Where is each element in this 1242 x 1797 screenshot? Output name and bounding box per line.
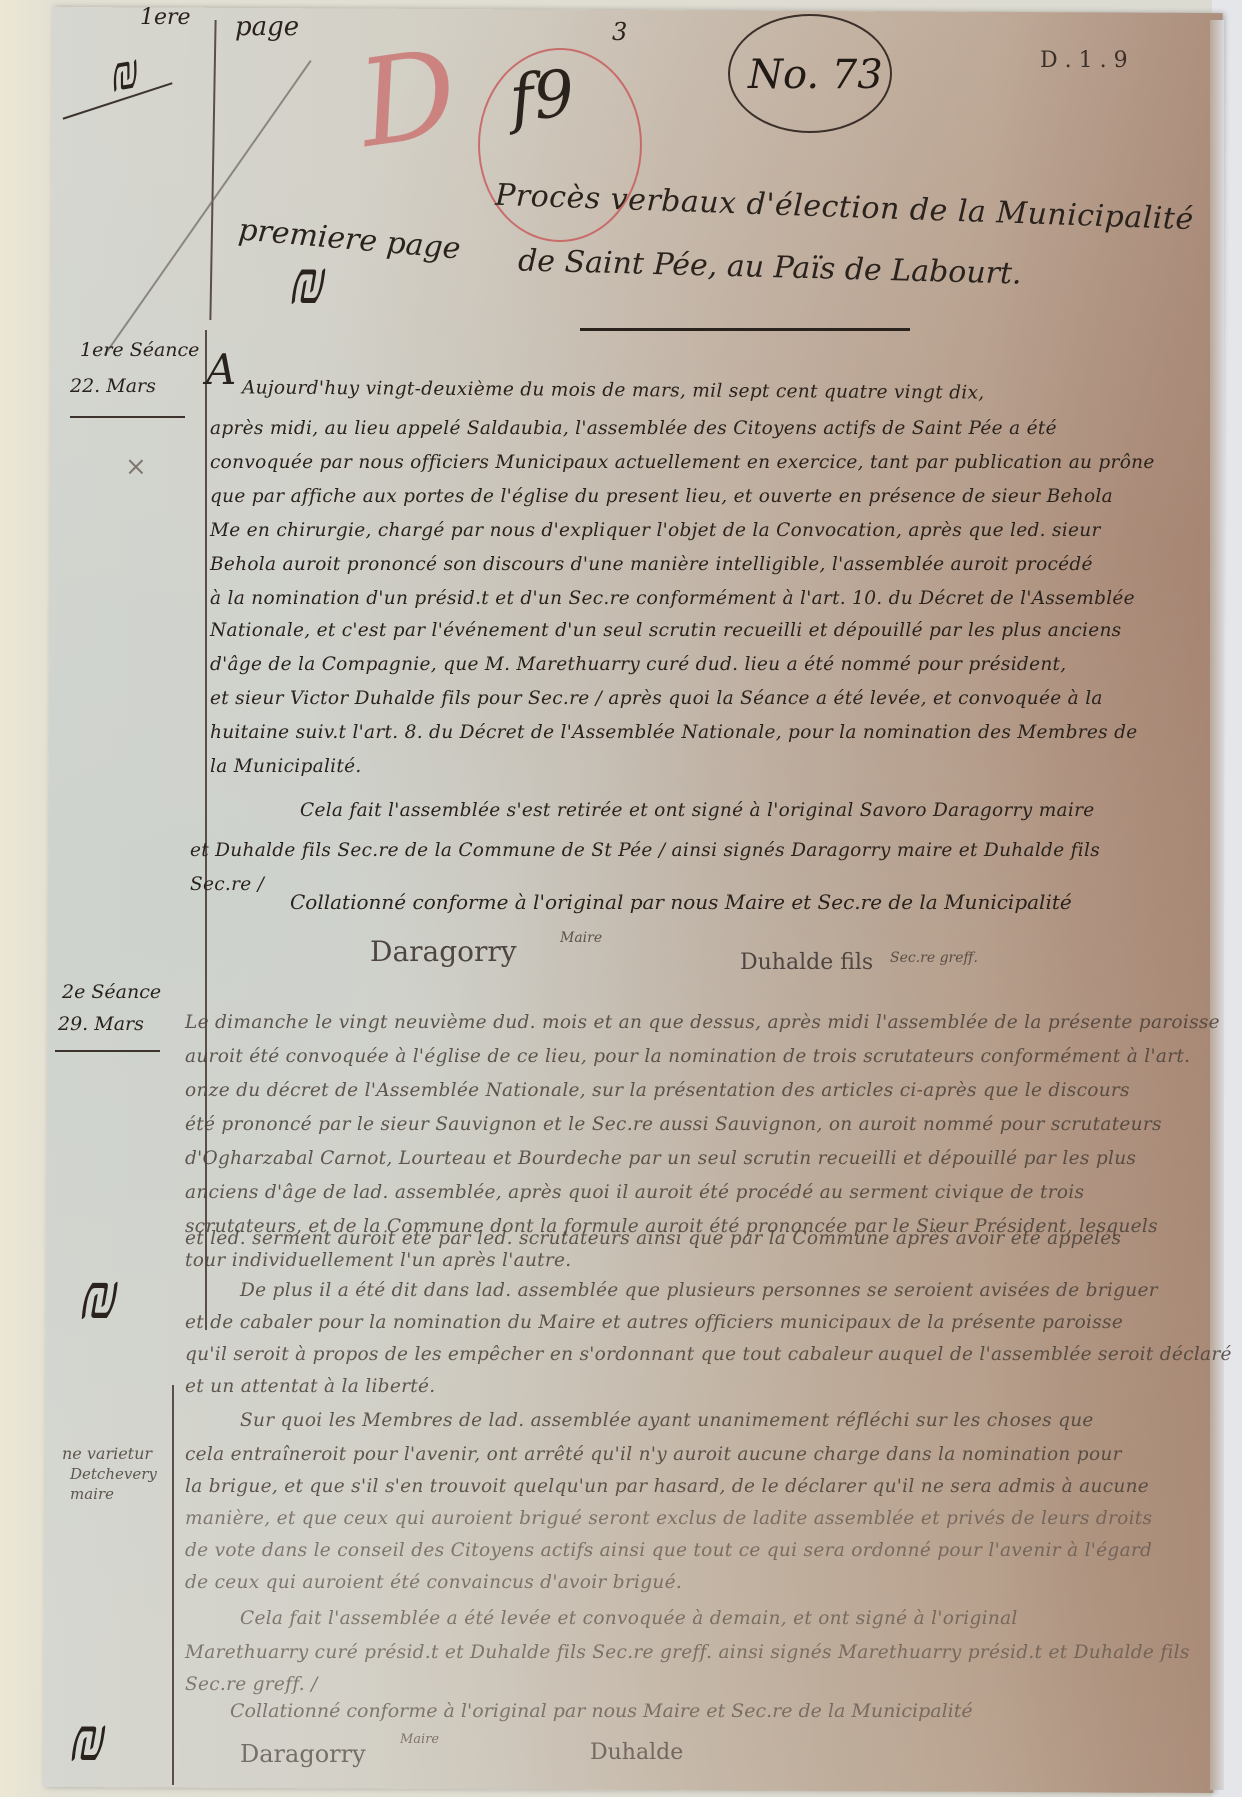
seance-2-line: anciens d'âge de lad. assemblée, après q… — [185, 1182, 1084, 1203]
seance-2-paragraph-3: la brigue, et que s'il s'en trouvoit que… — [185, 1476, 1149, 1497]
signature-secretaire-2: Duhalde — [590, 1740, 683, 1765]
seance-1-closing: et Duhalde fils Sec.re de la Commune de … — [190, 840, 1100, 861]
signature-secretaire-title-1: Sec.re greff. — [890, 950, 978, 966]
seance-2-paragraph-3: Sur quoi les Membres de lad. assemblée a… — [240, 1410, 1094, 1431]
seance-2-paragraph-3: de ceux qui auroient été convaincus d'av… — [185, 1572, 682, 1593]
seance-2-line: tour individuellement l'un après l'autre… — [185, 1250, 571, 1271]
seance-2-line: d'Ogharzabal Carnot, Lourteau et Bourdec… — [185, 1148, 1136, 1169]
seance-1-line: Me en chirurgie, chargé par nous d'expli… — [210, 520, 1101, 541]
seance-1-closing: Cela fait l'assemblée s'est retirée et o… — [300, 800, 1095, 821]
margin-note-ne-varietur-signature: Detchevery maire — [70, 1464, 170, 1504]
title-underline — [580, 328, 910, 331]
seance-2-closing: Cela fait l'assemblée a été levée et con… — [240, 1608, 1018, 1629]
signature-maire-2: Daragorry — [240, 1740, 366, 1768]
margin-note-date-2: 29. Mars — [58, 1010, 144, 1038]
red-mark: D — [351, 24, 466, 175]
circled-number: No. 73 — [748, 52, 883, 98]
seance-2-paragraph-3: cela entraîneroit pour l'avenir, ont arr… — [185, 1444, 1122, 1465]
seance-2-line: onze du décret de l'Assemblée Nationale,… — [185, 1080, 1130, 1101]
margin-note-date-1: 22. Mars — [70, 372, 156, 400]
margin-note-seance-1: 1ere Séance — [80, 336, 199, 364]
seance-2-line: Le dimanche le vingt neuvième dud. mois … — [185, 1012, 1220, 1033]
seance-1-line: après midi, au lieu appelé Saldaubia, l'… — [210, 418, 1057, 439]
seance-2-line: été prononcé par le sieur Sauvignon et l… — [185, 1114, 1162, 1135]
paraph-mark-bottom: ₪ — [70, 1705, 106, 1775]
seance-2-closing: Sec.re greff. / — [185, 1674, 318, 1695]
seance-1-line: Nationale, et c'est par l'événement d'un… — [210, 620, 1121, 641]
signature-maire-title-1: Maire — [560, 930, 602, 946]
seance-1-collation: Collationné conforme à l'original par no… — [290, 890, 1072, 914]
seance-1-line: et sieur Victor Duhalde fils pour Sec.re… — [210, 688, 1103, 709]
seance-2-paragraph-3: manière, et que ceux qui auroient brigué… — [185, 1508, 1152, 1529]
seance-2-paragraph-2: et de cabaler pour la nomination du Mair… — [185, 1312, 1123, 1333]
signature-maire-1: Daragorry — [370, 935, 517, 968]
seance-1-line: huitaine suiv.t l'art. 8. du Décret de l… — [210, 722, 1138, 743]
seance-1-line: Behola auroit prononcé son discours d'un… — [210, 554, 1093, 575]
seance-2-paragraph-2: qu'il seroit à propos de les empêcher en… — [185, 1344, 1232, 1365]
paraph-mark-title: ₪ — [290, 248, 326, 318]
pencil-x-mark: × — [125, 452, 147, 482]
top-right-ref: D . 1 . 9 — [1040, 48, 1128, 73]
top-left-label: page — [235, 12, 299, 42]
margin-note-seance-2: 2e Séance — [62, 978, 161, 1006]
seance-1-closing: Sec.re / — [190, 874, 264, 895]
folio-number-top: 3 — [612, 18, 627, 46]
sheet-edge — [1210, 20, 1224, 1790]
signature-maire-title-2: Maire — [400, 1732, 439, 1747]
seance-1-line: à la nomination d'un présid.t et d'un Se… — [210, 588, 1135, 609]
margin-rule-main — [205, 330, 207, 1330]
folio-cipher: f9 — [506, 57, 578, 137]
seance-1-line: d'âge de la Compagnie, que M. Marethuarr… — [210, 654, 1066, 675]
margin-note-underline-2 — [55, 1050, 160, 1052]
seance-2-closing: Marethuarry curé présid.t et Duhalde fil… — [185, 1642, 1190, 1663]
drop-cap: A — [206, 345, 236, 394]
seance-2-collation: Collationné conforme à l'original par no… — [230, 1700, 973, 1722]
seance-2-paragraph-3: de vote dans le conseil des Citoyens act… — [185, 1540, 1152, 1561]
seance-2-line: et led. serment auroit été par led. scru… — [185, 1228, 1121, 1249]
paraph-mark-middle: ₪ — [80, 1260, 119, 1334]
seance-1-line: que par affiche aux portes de l'église d… — [210, 486, 1113, 507]
margin-note-underline-1 — [70, 416, 185, 418]
margin-rule-bottom — [172, 1385, 174, 1785]
seance-1-line: convoquée par nous officiers Municipaux … — [210, 452, 1155, 473]
seance-2-paragraph-2: De plus il a été dit dans lad. assemblée… — [240, 1280, 1158, 1301]
top-left-mark: 1ere — [140, 5, 191, 30]
seance-2-line: auroit été convoquée à l'église de ce li… — [185, 1046, 1190, 1067]
signature-secretaire-1: Duhalde fils — [740, 950, 873, 975]
seance-1-line: la Municipalité. — [210, 756, 362, 777]
seance-2-paragraph-2: et un attentat à la liberté. — [185, 1376, 435, 1397]
